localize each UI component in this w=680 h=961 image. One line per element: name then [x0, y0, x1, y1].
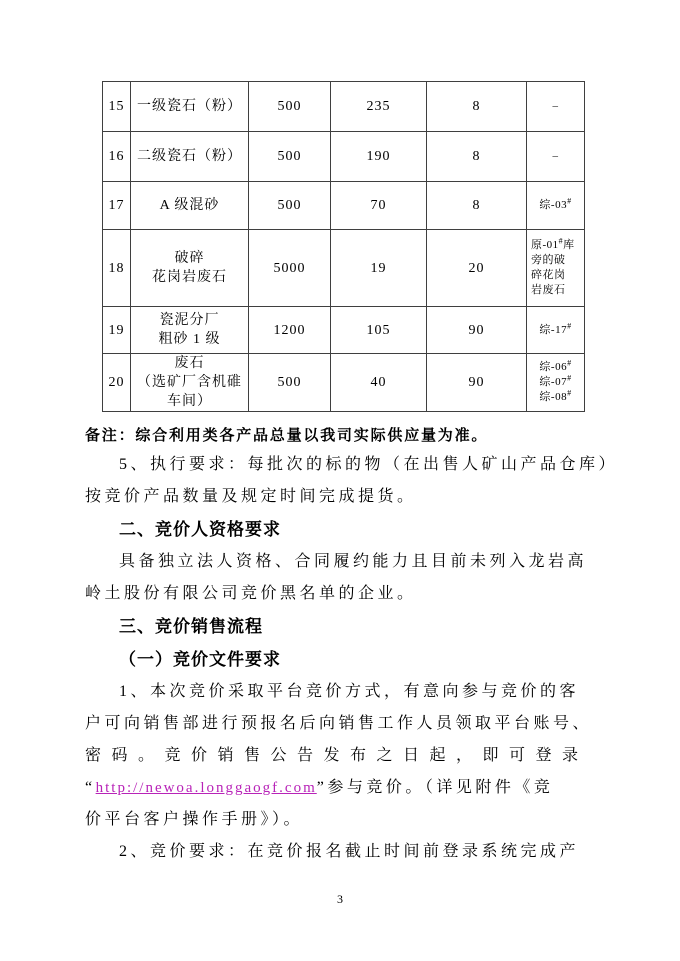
- table-cell: 20: [103, 354, 131, 412]
- table-cell: 105: [331, 307, 427, 354]
- table-cell: 废石（选矿厂含机碓车间）: [131, 354, 249, 412]
- table-row: 17A 级混砂500708综-03#: [103, 182, 585, 230]
- table-cell: 70: [331, 182, 427, 230]
- table-cell: 18: [103, 230, 131, 307]
- table-cell: 5000: [249, 230, 331, 307]
- page-number: 3: [85, 892, 595, 907]
- qualification-line1: 具备独立法人资格、合同履约能力且目前未列入龙岩高: [85, 546, 595, 578]
- table-cell: 综-06#综-07#综-08#: [527, 354, 585, 412]
- table-cell: 235: [331, 82, 427, 132]
- table-cell: 二级瓷石（粉）: [131, 132, 249, 182]
- table-cell: 19: [103, 307, 131, 354]
- section-heading-2: 二、竞价人资格要求: [85, 513, 595, 546]
- bidding-platform-link[interactable]: http://newoa.longgaogf.com: [96, 780, 317, 796]
- table-cell: 综-03#: [527, 182, 585, 230]
- table-cell: 17: [103, 182, 131, 230]
- document-page: 15一级瓷石（粉）5002358–16二级瓷石（粉）5001908–17A 级混…: [0, 0, 680, 961]
- para1-line3: 密码。竞价销售公告发布之日起，即可登录: [85, 740, 595, 772]
- product-table: 15一级瓷石（粉）5002358–16二级瓷石（粉）5001908–17A 级混…: [102, 81, 585, 412]
- para1-line1: 1、本次竞价采取平台竞价方式，有意向参与竞价的客: [85, 676, 595, 708]
- table-note: 备注：综合利用类各产品总量以我司实际供应量为准。: [85, 423, 595, 449]
- page-content: 15一级瓷石（粉）5002358–16二级瓷石（粉）5001908–17A 级混…: [0, 0, 680, 907]
- table-row: 19瓷泥分厂粗砂 1 级120010590综-17#: [103, 307, 585, 354]
- table-cell: –: [527, 132, 585, 182]
- para5-line2: 按竞价产品数量及规定时间完成提货。: [85, 481, 595, 513]
- table-cell: 破碎花岗岩废石: [131, 230, 249, 307]
- table-cell: 500: [249, 354, 331, 412]
- table-cell: 90: [427, 307, 527, 354]
- table-cell: 15: [103, 82, 131, 132]
- table-cell: 综-17#: [527, 307, 585, 354]
- table-cell: 8: [427, 182, 527, 230]
- table-cell: 90: [427, 354, 527, 412]
- product-table-body: 15一级瓷石（粉）5002358–16二级瓷石（粉）5001908–17A 级混…: [103, 82, 585, 412]
- table-cell: –: [527, 82, 585, 132]
- table-cell: 8: [427, 132, 527, 182]
- table-cell: 500: [249, 132, 331, 182]
- para5-line1: 5、执行要求：每批次的标的物（在出售人矿山产品仓库）: [85, 449, 595, 481]
- table-cell: 40: [331, 354, 427, 412]
- table-cell: 190: [331, 132, 427, 182]
- subsection-heading-3-1: （一）竞价文件要求: [85, 643, 595, 676]
- table-cell: 瓷泥分厂粗砂 1 级: [131, 307, 249, 354]
- table-cell: A 级混砂: [131, 182, 249, 230]
- table-cell: 1200: [249, 307, 331, 354]
- table-row: 20废石（选矿厂含机碓车间）5004090综-06#综-07#综-08#: [103, 354, 585, 412]
- table-cell: 一级瓷石（粉）: [131, 82, 249, 132]
- para2-line1: 2、竞价要求：在竞价报名截止时间前登录系统完成产: [85, 836, 595, 868]
- table-row: 18破碎花岗岩废石50001920原-01#库旁的破碎花岗岩废石: [103, 230, 585, 307]
- table-cell: 500: [249, 182, 331, 230]
- section-heading-3: 三、竞价销售流程: [85, 610, 595, 643]
- table-row: 15一级瓷石（粉）5002358–: [103, 82, 585, 132]
- table-cell: 500: [249, 82, 331, 132]
- table-row: 16二级瓷石（粉）5001908–: [103, 132, 585, 182]
- table-cell: 16: [103, 132, 131, 182]
- open-quote: “: [85, 779, 96, 796]
- table-cell: 19: [331, 230, 427, 307]
- para1-line4-rest: ”参与竞价。（详见附件《竞: [317, 779, 554, 796]
- para1-line4: “http://newoa.longgaogf.com”参与竞价。（详见附件《竞: [85, 772, 595, 804]
- para1-line2: 户可向销售部进行预报名后向销售工作人员领取平台账号、: [85, 708, 595, 740]
- table-cell: 8: [427, 82, 527, 132]
- qualification-line2: 岭土股份有限公司竞价黑名单的企业。: [85, 578, 595, 610]
- para1-line5: 价平台客户操作手册》）。: [85, 804, 595, 836]
- table-cell: 20: [427, 230, 527, 307]
- table-cell: 原-01#库旁的破碎花岗岩废石: [527, 230, 585, 307]
